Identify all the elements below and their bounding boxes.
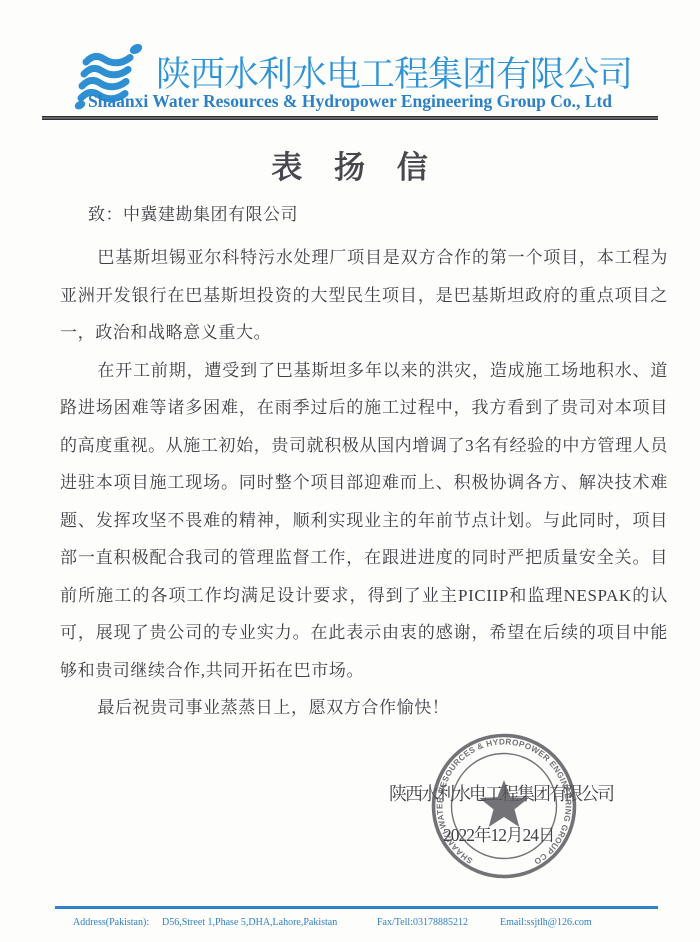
footer-divider: [55, 906, 658, 909]
salutation-line: 致：中冀建勘集团有限公司: [88, 200, 298, 225]
scanned-letter-page: 陕西水利水电工程集团有限公司 Shaanxi Water Resources &…: [0, 0, 700, 942]
stamp-star-icon: [479, 780, 528, 827]
paragraph-commendation: 在开工前期，遭受到了巴基斯坦多年以来的洪灾，造成施工场地积水、道路进场困难等诸多…: [60, 352, 668, 690]
company-name-cn: 陕西水利水电工程集团有限公司: [156, 47, 632, 97]
paragraph-project-intro: 巴基斯坦锡亚尔科特污水处理厂项目是双方合作的第一个项目，本工程为亚洲开发银行在巴…: [60, 239, 668, 352]
footer-address-value: D56,Street 1,Phase 5,DHA,Lahore,Pakistan: [162, 917, 337, 928]
footer-email: Email:ssjtlh@126.com: [500, 917, 592, 928]
footer-address-label: Address(Pakistan):: [73, 917, 149, 928]
letter-title: 表 扬 信: [0, 142, 700, 187]
header-divider: [42, 116, 658, 120]
company-name-en: Shaanxi Water Resources & Hydropower Eng…: [0, 91, 700, 112]
paragraph-closing-wish: 最后祝贵司事业蒸蒸日上，愿双方合作愉快！: [60, 689, 668, 727]
company-seal-stamp: SHAANXI WATER RESOURCES & HYDROPOWER ENG…: [429, 731, 579, 881]
letter-body: 巴基斯坦锡亚尔科特污水处理厂项目是双方合作的第一个项目，本工程为亚洲开发银行在巴…: [60, 239, 668, 727]
footer-fax-tel: Fax/Tell:03178885212: [377, 917, 468, 928]
